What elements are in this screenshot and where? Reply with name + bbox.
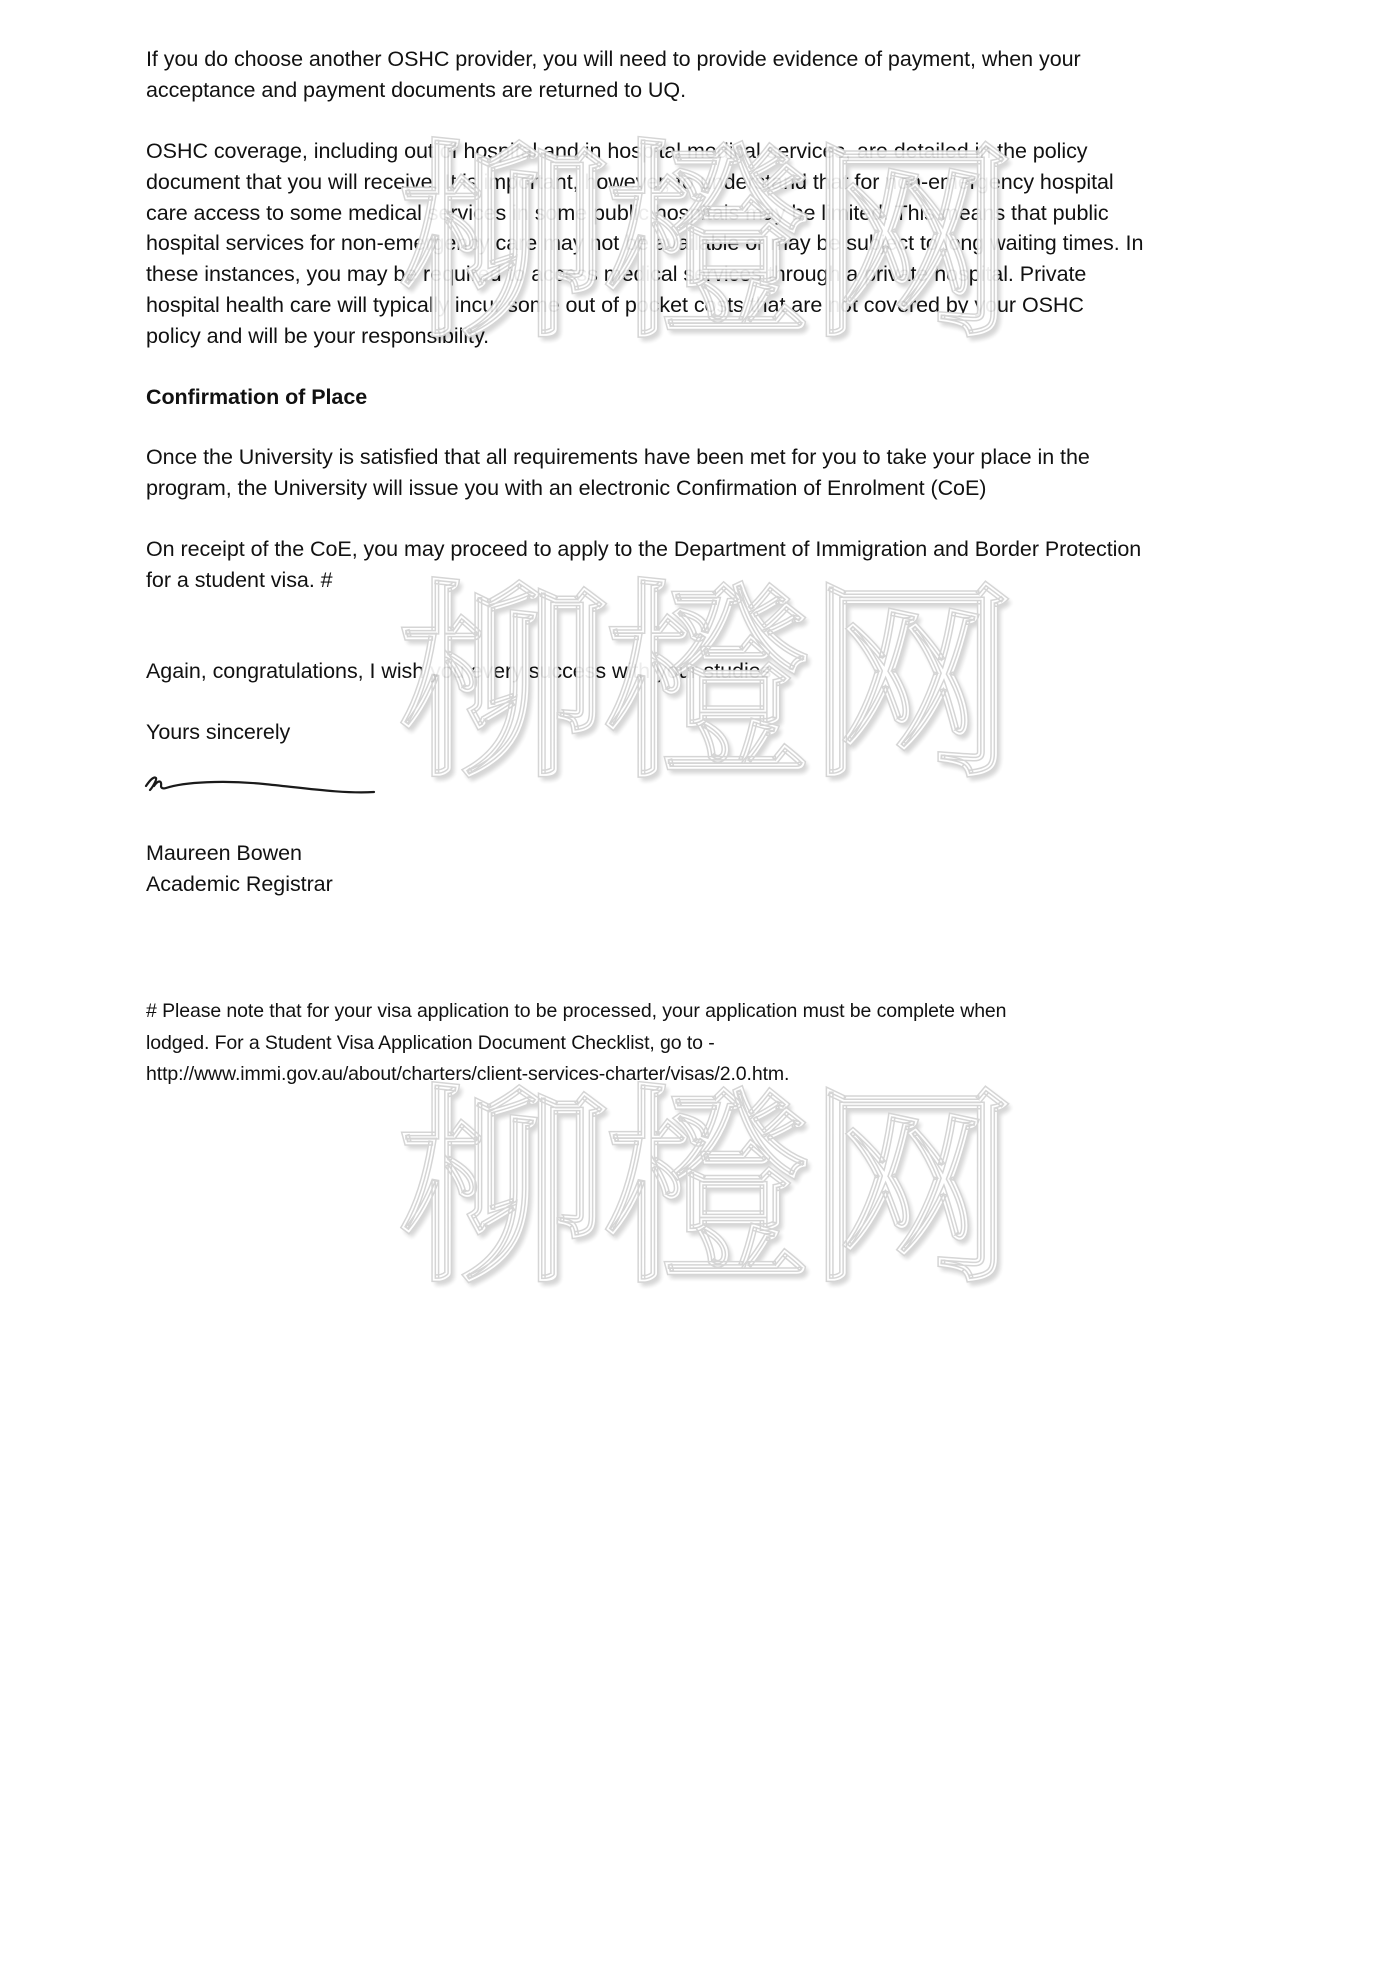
text-line: hospital services for non-emergency care… (146, 228, 1143, 259)
paragraph-oshc-coverage: OSHC coverage, including out of hospital… (146, 136, 1143, 352)
closing-wish: Again, congratulations, I wish you every… (146, 656, 771, 687)
watermark: 柳橙网 (355, 1075, 1055, 1305)
text-line: OSHC coverage, including out of hospital… (146, 136, 1143, 167)
valediction: Yours sincerely (146, 717, 290, 748)
text-line: these instances, you may be required to … (146, 259, 1143, 290)
heading-text: Confirmation of Place (146, 382, 367, 413)
text-line: policy and will be your responsibility. (146, 321, 1143, 352)
section-heading-confirmation: Confirmation of Place (146, 382, 367, 413)
footnote: # Please note that for your visa applica… (146, 996, 1006, 1091)
signatory-name: Maureen Bowen (146, 838, 333, 869)
letter-page: If you do choose another OSHC provider, … (0, 0, 1400, 1978)
paragraph-confirmation: Once the University is satisfied that al… (146, 442, 1090, 504)
signatory: Maureen Bowen Academic Registrar (146, 838, 333, 900)
footnote-url: http://www.immi.gov.au/about/charters/cl… (146, 1059, 1006, 1091)
text-line: acceptance and payment documents are ret… (146, 75, 1081, 106)
text-line: care access to some medical services in … (146, 198, 1143, 229)
text-line: for a student visa. # (146, 565, 1141, 596)
text-line: Yours sincerely (146, 717, 290, 748)
text-line: If you do choose another OSHC provider, … (146, 44, 1081, 75)
text-line: program, the University will issue you w… (146, 473, 1090, 504)
paragraph-visa: On receipt of the CoE, you may proceed t… (146, 534, 1141, 596)
paragraph-oshc-provider: If you do choose another OSHC provider, … (146, 44, 1081, 106)
signatory-title: Academic Registrar (146, 869, 333, 900)
text-line: Again, congratulations, I wish you every… (146, 656, 771, 687)
text-line: Once the University is satisfied that al… (146, 442, 1090, 473)
text-line: On receipt of the CoE, you may proceed t… (146, 534, 1141, 565)
text-line: hospital health care will typically incu… (146, 290, 1143, 321)
text-line: document that you will receive. It is im… (146, 167, 1143, 198)
signature-icon (144, 768, 380, 798)
text-line: lodged. For a Student Visa Application D… (146, 1028, 1006, 1060)
text-line: # Please note that for your visa applica… (146, 996, 1006, 1028)
